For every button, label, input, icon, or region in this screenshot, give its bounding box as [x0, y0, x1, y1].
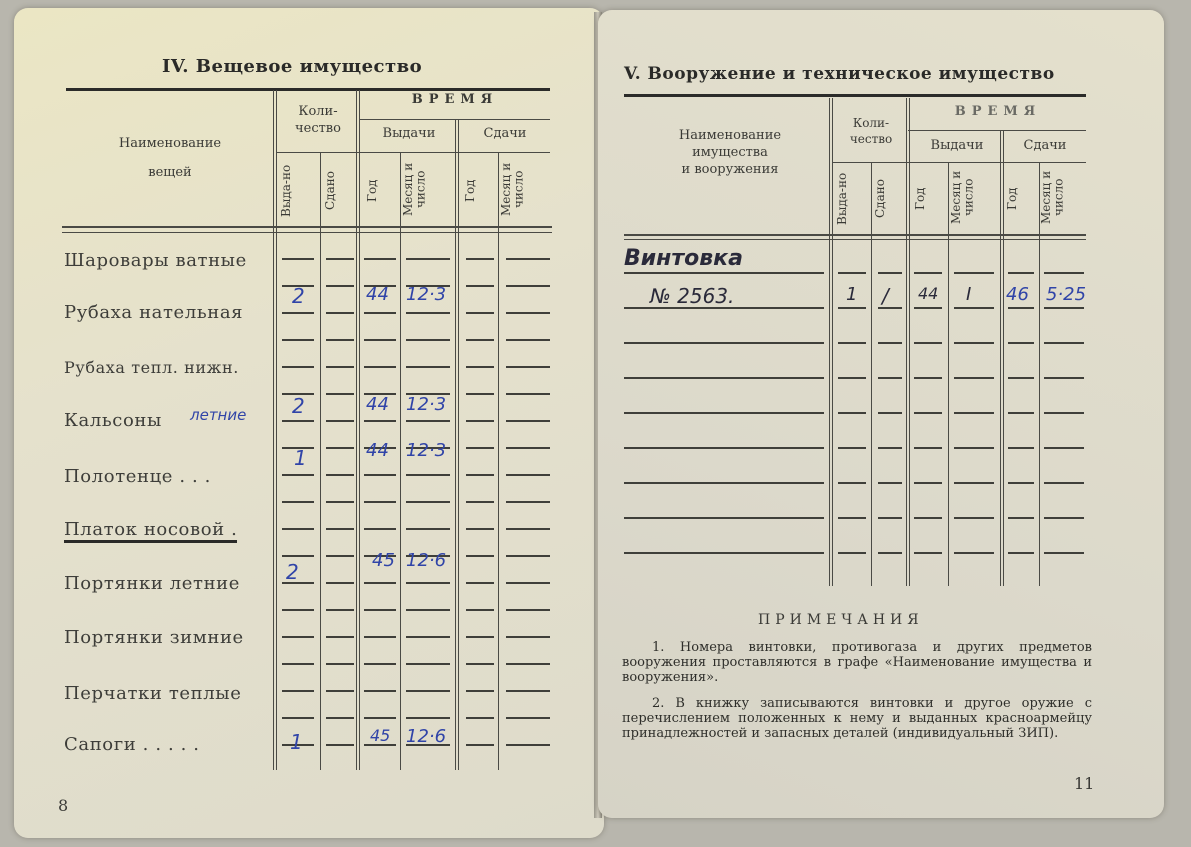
header-time: ВРЕМЯ	[910, 104, 1086, 121]
issued-value: 1	[294, 446, 307, 470]
row-dash	[406, 312, 450, 314]
header-name-line2: имущества	[630, 145, 830, 162]
row-dash	[1044, 412, 1084, 414]
note-item: 1. Номера винтовки, противогаза и других…	[622, 640, 1092, 685]
row-dash	[506, 447, 550, 449]
row-dash	[878, 517, 902, 519]
issued-value: 1	[290, 730, 303, 754]
row-dash	[1008, 272, 1034, 274]
item-name: Рубаха нательная	[64, 302, 243, 323]
row-dash	[506, 285, 550, 287]
row-dash	[326, 744, 354, 746]
row-dash	[406, 258, 450, 260]
row-dash	[406, 501, 450, 503]
row-dash	[954, 272, 994, 274]
grid-line	[624, 239, 1086, 240]
row-dash	[506, 582, 550, 584]
row-dash	[282, 663, 314, 665]
row-dash	[326, 393, 354, 395]
row-dash	[506, 420, 550, 422]
row-dash	[406, 582, 450, 584]
row-dash	[506, 636, 550, 638]
issue-year-value: 45	[370, 726, 390, 745]
issue-md-value: 12·3	[406, 284, 446, 305]
grid-col	[1000, 130, 1004, 586]
header-quantity: Коли- чество	[836, 116, 906, 147]
header-issued: Выда-но	[836, 168, 868, 230]
row-dash	[878, 447, 902, 449]
row-dash	[506, 609, 550, 611]
grid-col	[400, 152, 401, 770]
issue-md-value: 12·6	[406, 550, 446, 571]
row-dash	[1008, 447, 1034, 449]
row-dash	[1044, 272, 1084, 274]
weapon-name: Винтовка	[624, 246, 743, 271]
row-dash	[326, 636, 354, 638]
grid-col	[273, 90, 277, 770]
header-returned: Сдано	[874, 168, 904, 230]
row-dash	[466, 582, 494, 584]
row-dash	[506, 366, 550, 368]
grid-line	[276, 152, 550, 153]
row-dash	[466, 393, 494, 395]
grid-line	[624, 234, 1086, 236]
header-quantity-line2: чество	[836, 132, 906, 148]
row-dash	[1044, 447, 1084, 449]
row-dash	[914, 272, 942, 274]
row-dash	[326, 339, 354, 341]
grid-col	[1039, 162, 1040, 586]
row-dash	[364, 663, 396, 665]
grid-col	[498, 152, 499, 770]
row-dash	[954, 307, 994, 309]
row-dash	[506, 501, 550, 503]
page-number-left: 8	[58, 796, 68, 815]
row-dash	[364, 609, 396, 611]
title-rule	[624, 94, 1086, 97]
return-year-value: 46	[1006, 284, 1029, 305]
row-dash	[282, 474, 314, 476]
row-dash	[1008, 377, 1034, 379]
row-dash	[282, 501, 314, 503]
row-dash	[282, 636, 314, 638]
row-dash	[1008, 482, 1034, 484]
issued-value: 2	[292, 394, 305, 418]
row-dash	[364, 420, 396, 422]
row-dash	[406, 717, 450, 719]
row-dash	[364, 339, 396, 341]
row-dash	[624, 412, 824, 414]
grid-col	[320, 152, 321, 770]
row-dash	[838, 377, 866, 379]
row-dash	[838, 517, 866, 519]
row-dash	[364, 582, 396, 584]
item-name: Портянки летние	[64, 573, 240, 594]
row-dash	[466, 528, 494, 530]
item-name: Платок носовой .	[64, 519, 237, 543]
row-dash	[1044, 482, 1084, 484]
row-dash	[326, 285, 354, 287]
header-return-month-day: Месяц и число	[1040, 164, 1086, 230]
item-name: Портянки зимние	[64, 627, 244, 648]
row-dash	[406, 366, 450, 368]
row-dash	[466, 474, 494, 476]
row-dash	[364, 636, 396, 638]
grid-col	[906, 98, 910, 586]
row-dash	[506, 474, 550, 476]
row-dash	[466, 258, 494, 260]
grid-col	[829, 98, 833, 586]
row-dash	[954, 342, 994, 344]
row-dash	[466, 501, 494, 503]
item-name: Шаровары ватные	[64, 250, 247, 271]
row-dash	[838, 342, 866, 344]
header-quantity-line1: Коли-	[278, 104, 358, 121]
row-dash	[282, 717, 314, 719]
row-dash	[364, 366, 396, 368]
header-name-line2: вещей	[70, 165, 270, 182]
header-issued: Выда-но	[280, 160, 316, 222]
page-number-right: 11	[1074, 774, 1094, 793]
row-dash	[914, 307, 942, 309]
row-dash	[624, 447, 824, 449]
issued-value: 2	[286, 560, 299, 584]
row-dash	[954, 552, 994, 554]
header-returned: Сдано	[324, 160, 354, 222]
header-issue-year: Год	[366, 160, 396, 222]
row-dash	[406, 609, 450, 611]
row-dash	[506, 717, 550, 719]
row-dash	[406, 420, 450, 422]
row-dash	[326, 609, 354, 611]
issue-year-value: 44	[366, 440, 389, 461]
row-dash	[466, 285, 494, 287]
row-dash	[1044, 307, 1084, 309]
row-dash	[466, 663, 494, 665]
header-name-line3: и вооружения	[630, 162, 830, 179]
row-dash	[506, 555, 550, 557]
header-return-month-day: Месяц и число	[500, 156, 550, 222]
row-dash	[878, 272, 902, 274]
row-dash	[364, 258, 396, 260]
row-dash	[914, 342, 942, 344]
issued-value: 2	[292, 284, 305, 308]
row-dash	[1008, 552, 1034, 554]
row-dash	[506, 744, 550, 746]
row-dash	[326, 717, 354, 719]
row-dash	[838, 272, 866, 274]
header-quantity: Коли- чество	[278, 104, 358, 138]
row-dash	[1008, 412, 1034, 414]
issue-md-value: I	[966, 284, 971, 305]
row-dash	[624, 377, 824, 379]
row-dash	[878, 412, 902, 414]
row-dash	[1008, 517, 1034, 519]
row-dash	[1044, 377, 1084, 379]
issue-year-value: 44	[366, 394, 389, 415]
row-dash	[838, 552, 866, 554]
returned-value: /	[882, 284, 889, 308]
row-dash	[364, 474, 396, 476]
row-dash	[364, 312, 396, 314]
row-dash	[406, 690, 450, 692]
row-dash	[914, 412, 942, 414]
row-dash	[326, 582, 354, 584]
issue-md-value: 12·3	[406, 440, 446, 461]
header-return-year: Год	[1006, 168, 1036, 230]
row-dash	[624, 342, 824, 344]
header-name: Наименование имущества и вооружения	[630, 128, 830, 179]
handwritten-note: летние	[190, 406, 246, 424]
row-dash	[878, 377, 902, 379]
row-dash	[914, 517, 942, 519]
row-dash	[466, 447, 494, 449]
item-name: Кальсоны	[64, 410, 162, 431]
header-name-line1: Наименование	[70, 136, 270, 153]
notes-title: ПРИМЕЧАНИЯ	[758, 612, 924, 628]
row-dash	[282, 258, 314, 260]
grid-col	[948, 162, 949, 586]
row-dash	[406, 339, 450, 341]
grid-col	[356, 90, 360, 770]
issue-year-value: 44	[366, 284, 389, 305]
left-page-title: IV. Вещевое имущество	[162, 56, 422, 77]
header-issue: Выдачи	[362, 126, 456, 143]
row-dash	[838, 412, 866, 414]
row-dash	[914, 552, 942, 554]
note-item: 2. В книжку записываются винтовки и друг…	[622, 696, 1092, 741]
right-page-title: V. Вооружение и техническое имущество	[624, 64, 1055, 84]
issue-year-value: 45	[372, 550, 395, 571]
row-dash	[954, 447, 994, 449]
row-dash	[506, 663, 550, 665]
row-dash	[954, 517, 994, 519]
row-dash	[364, 717, 396, 719]
row-dash	[506, 312, 550, 314]
row-dash	[326, 366, 354, 368]
row-dash	[506, 339, 550, 341]
row-dash	[282, 555, 314, 557]
row-dash	[624, 552, 824, 554]
grid-line	[62, 232, 552, 233]
return-md-value: 5·25	[1046, 284, 1086, 305]
row-dash	[1008, 342, 1034, 344]
row-dash	[326, 663, 354, 665]
row-dash	[326, 420, 354, 422]
row-dash	[466, 366, 494, 368]
row-dash	[466, 690, 494, 692]
row-dash	[466, 717, 494, 719]
issue-md-value: 12·6	[406, 726, 446, 747]
row-dash	[326, 474, 354, 476]
item-name: Рубаха тепл. нижн.	[64, 358, 239, 377]
row-dash	[838, 447, 866, 449]
row-dash	[506, 393, 550, 395]
row-dash	[326, 312, 354, 314]
header-return: Сдачи	[460, 126, 550, 143]
row-dash	[282, 366, 314, 368]
row-dash	[326, 447, 354, 449]
row-dash	[326, 258, 354, 260]
row-dash	[954, 377, 994, 379]
row-dash	[506, 690, 550, 692]
header-name: Наименование вещей	[70, 136, 270, 182]
header-issue: Выдачи	[912, 138, 1002, 155]
row-dash	[364, 690, 396, 692]
grid-line	[908, 130, 1086, 131]
grid-col	[871, 162, 872, 586]
item-name: Полотенце . . .	[64, 466, 211, 487]
header-issue-month-day: Месяц и число	[402, 156, 452, 222]
row-dash	[914, 482, 942, 484]
row-dash	[466, 744, 494, 746]
row-dash	[466, 312, 494, 314]
row-dash	[466, 555, 494, 557]
row-dash	[914, 377, 942, 379]
header-name-line1: Наименование	[630, 128, 830, 145]
row-dash	[282, 528, 314, 530]
row-dash	[364, 501, 396, 503]
row-dash	[466, 420, 494, 422]
header-return-year: Год	[464, 160, 494, 222]
row-dash	[954, 482, 994, 484]
row-dash	[406, 663, 450, 665]
weapon-serial: № 2563.	[650, 284, 734, 308]
row-dash	[466, 636, 494, 638]
row-dash	[878, 552, 902, 554]
row-dash	[282, 312, 314, 314]
row-dash	[282, 609, 314, 611]
header-quantity-line2: чество	[278, 121, 358, 138]
item-name: Сапоги . . . . .	[64, 734, 200, 755]
row-dash	[282, 690, 314, 692]
row-dash	[406, 474, 450, 476]
row-dash	[838, 307, 866, 309]
header-return: Сдачи	[1004, 138, 1086, 155]
row-dash	[506, 528, 550, 530]
row-dash	[326, 501, 354, 503]
grid-line	[62, 226, 552, 228]
row-dash	[326, 555, 354, 557]
row-dash	[406, 528, 450, 530]
row-dash	[878, 342, 902, 344]
row-dash	[624, 272, 824, 274]
row-dash	[364, 528, 396, 530]
row-dash	[1008, 307, 1034, 309]
row-dash	[1044, 552, 1084, 554]
row-dash	[838, 482, 866, 484]
row-dash	[624, 517, 824, 519]
header-issue-month-day: Месяц и число	[950, 164, 1000, 230]
grid-col	[455, 119, 459, 770]
row-dash	[466, 339, 494, 341]
row-dash	[1044, 342, 1084, 344]
row-dash	[326, 690, 354, 692]
row-dash	[506, 258, 550, 260]
row-dash	[1044, 517, 1084, 519]
header-quantity-line1: Коли-	[836, 116, 906, 132]
row-dash	[282, 420, 314, 422]
row-dash	[624, 482, 824, 484]
header-issue-year: Год	[914, 168, 944, 230]
row-dash	[878, 482, 902, 484]
row-dash	[954, 412, 994, 414]
row-dash	[326, 528, 354, 530]
item-name: Перчатки теплые	[64, 683, 241, 704]
row-dash	[914, 447, 942, 449]
row-dash	[466, 609, 494, 611]
issue-md-value: 12·3	[406, 394, 446, 415]
issue-year-value: 44	[918, 284, 938, 303]
row-dash	[282, 339, 314, 341]
issued-value: 1	[846, 284, 857, 305]
title-rule	[66, 88, 550, 91]
header-time: ВРЕМЯ	[360, 92, 550, 109]
row-dash	[406, 636, 450, 638]
